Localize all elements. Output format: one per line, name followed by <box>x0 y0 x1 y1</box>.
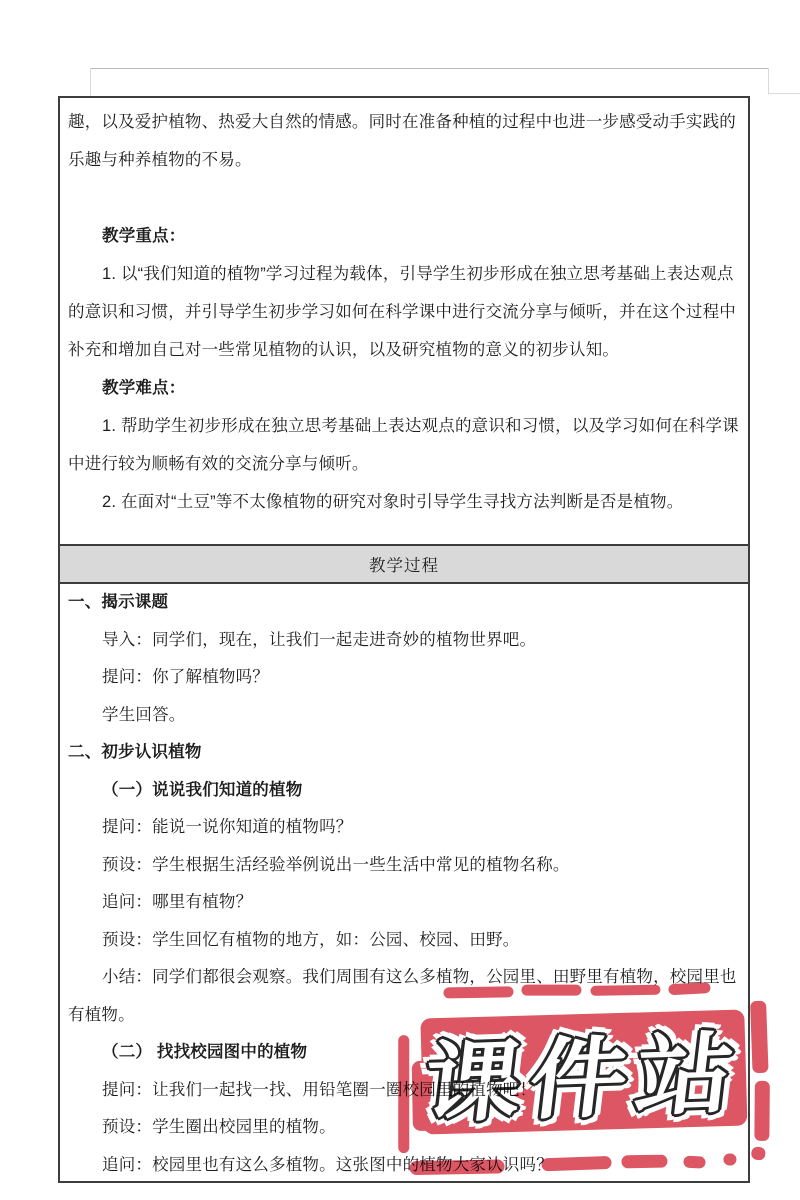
paragraph-continuation: 趣，以及爱护植物、热爱大自然的情感。同时在准备种植的过程中也进一步感受动手实践的… <box>68 103 740 179</box>
page-boundary-line-vertical-right <box>768 68 769 93</box>
page-boundary-line-vertical-left <box>90 68 91 96</box>
process-line: 小结：同学们都很会观察。我们周围有这么多植物，公园里、田野里有植物，校园里也有植… <box>68 959 740 1034</box>
process-line: 提问：让我们一起找一找、用铅笔圈一圈校园里的植物吧！ <box>68 1072 740 1110</box>
stamp-frame-bottom-dash <box>751 1146 766 1161</box>
process-line: 预设：学生回忆有植物的地方，如：公园、校园、田野。 <box>68 922 740 960</box>
lesson-plan-table: 趣，以及爱护植物、热爱大自然的情感。同时在准备种植的过程中也进一步感受动手实践的… <box>58 96 750 1183</box>
section-header-row: 教学过程 <box>60 546 748 584</box>
process-line: 预设：学生根据生活经验举例说出一些生活中常见的植物名称。 <box>68 847 740 885</box>
process-subheading: （二） 找找校园图中的植物 <box>68 1034 740 1072</box>
page-boundary-line-horizontal <box>90 68 768 69</box>
difficult-points-item-2: 2. 在面对“土豆”等不太像植物的研究对象时引导学生寻找方法判断是否是植物。 <box>68 483 740 521</box>
difficult-points-title: 教学难点： <box>68 369 740 407</box>
process-line: 追问：哪里有植物？ <box>68 884 740 922</box>
key-points-title: 教学重点： <box>68 217 740 255</box>
process-line: 提问：你了解植物吗？ <box>68 659 740 697</box>
process-subheading: （一）说说我们知道的植物 <box>68 772 740 810</box>
difficult-points-item-1: 1. 帮助学生初步形成在独立思考基础上表达观点的意识和习惯，以及学习如何在科学课… <box>68 407 740 483</box>
process-line: 提问：能说一说你知道的植物吗？ <box>68 809 740 847</box>
lesson-overview-cell: 趣，以及爱护植物、热爱大自然的情感。同时在准备种植的过程中也进一步感受动手实践的… <box>60 98 748 546</box>
key-points-item: 1. 以“我们知道的植物”学习过程为载体，引导学生初步形成在独立思考基础上表达观… <box>68 255 740 369</box>
section-header-title: 教学过程 <box>369 552 439 576</box>
process-line: 预设：学生圈出校园里的植物。 <box>68 1109 740 1147</box>
process-heading: 一、揭示课题 <box>68 584 740 622</box>
page-boundary-line-horizontal-right <box>768 93 800 94</box>
stamp-frame-right-bar <box>754 1081 770 1141</box>
process-line: 导入：同学们，现在，让我们一起走进奇妙的植物世界吧。 <box>68 622 740 660</box>
stamp-frame-right-bar <box>750 1001 769 1074</box>
teaching-process-cell: 一、揭示课题 导入：同学们，现在，让我们一起走进奇妙的植物世界吧。 提问：你了解… <box>60 584 748 1181</box>
process-heading: 二、初步认识植物 <box>68 734 740 772</box>
process-line: 追问：校园里也有这么多植物。这张图中的植物大家认识吗？ <box>68 1147 740 1182</box>
process-line: 学生回答。 <box>68 697 740 735</box>
